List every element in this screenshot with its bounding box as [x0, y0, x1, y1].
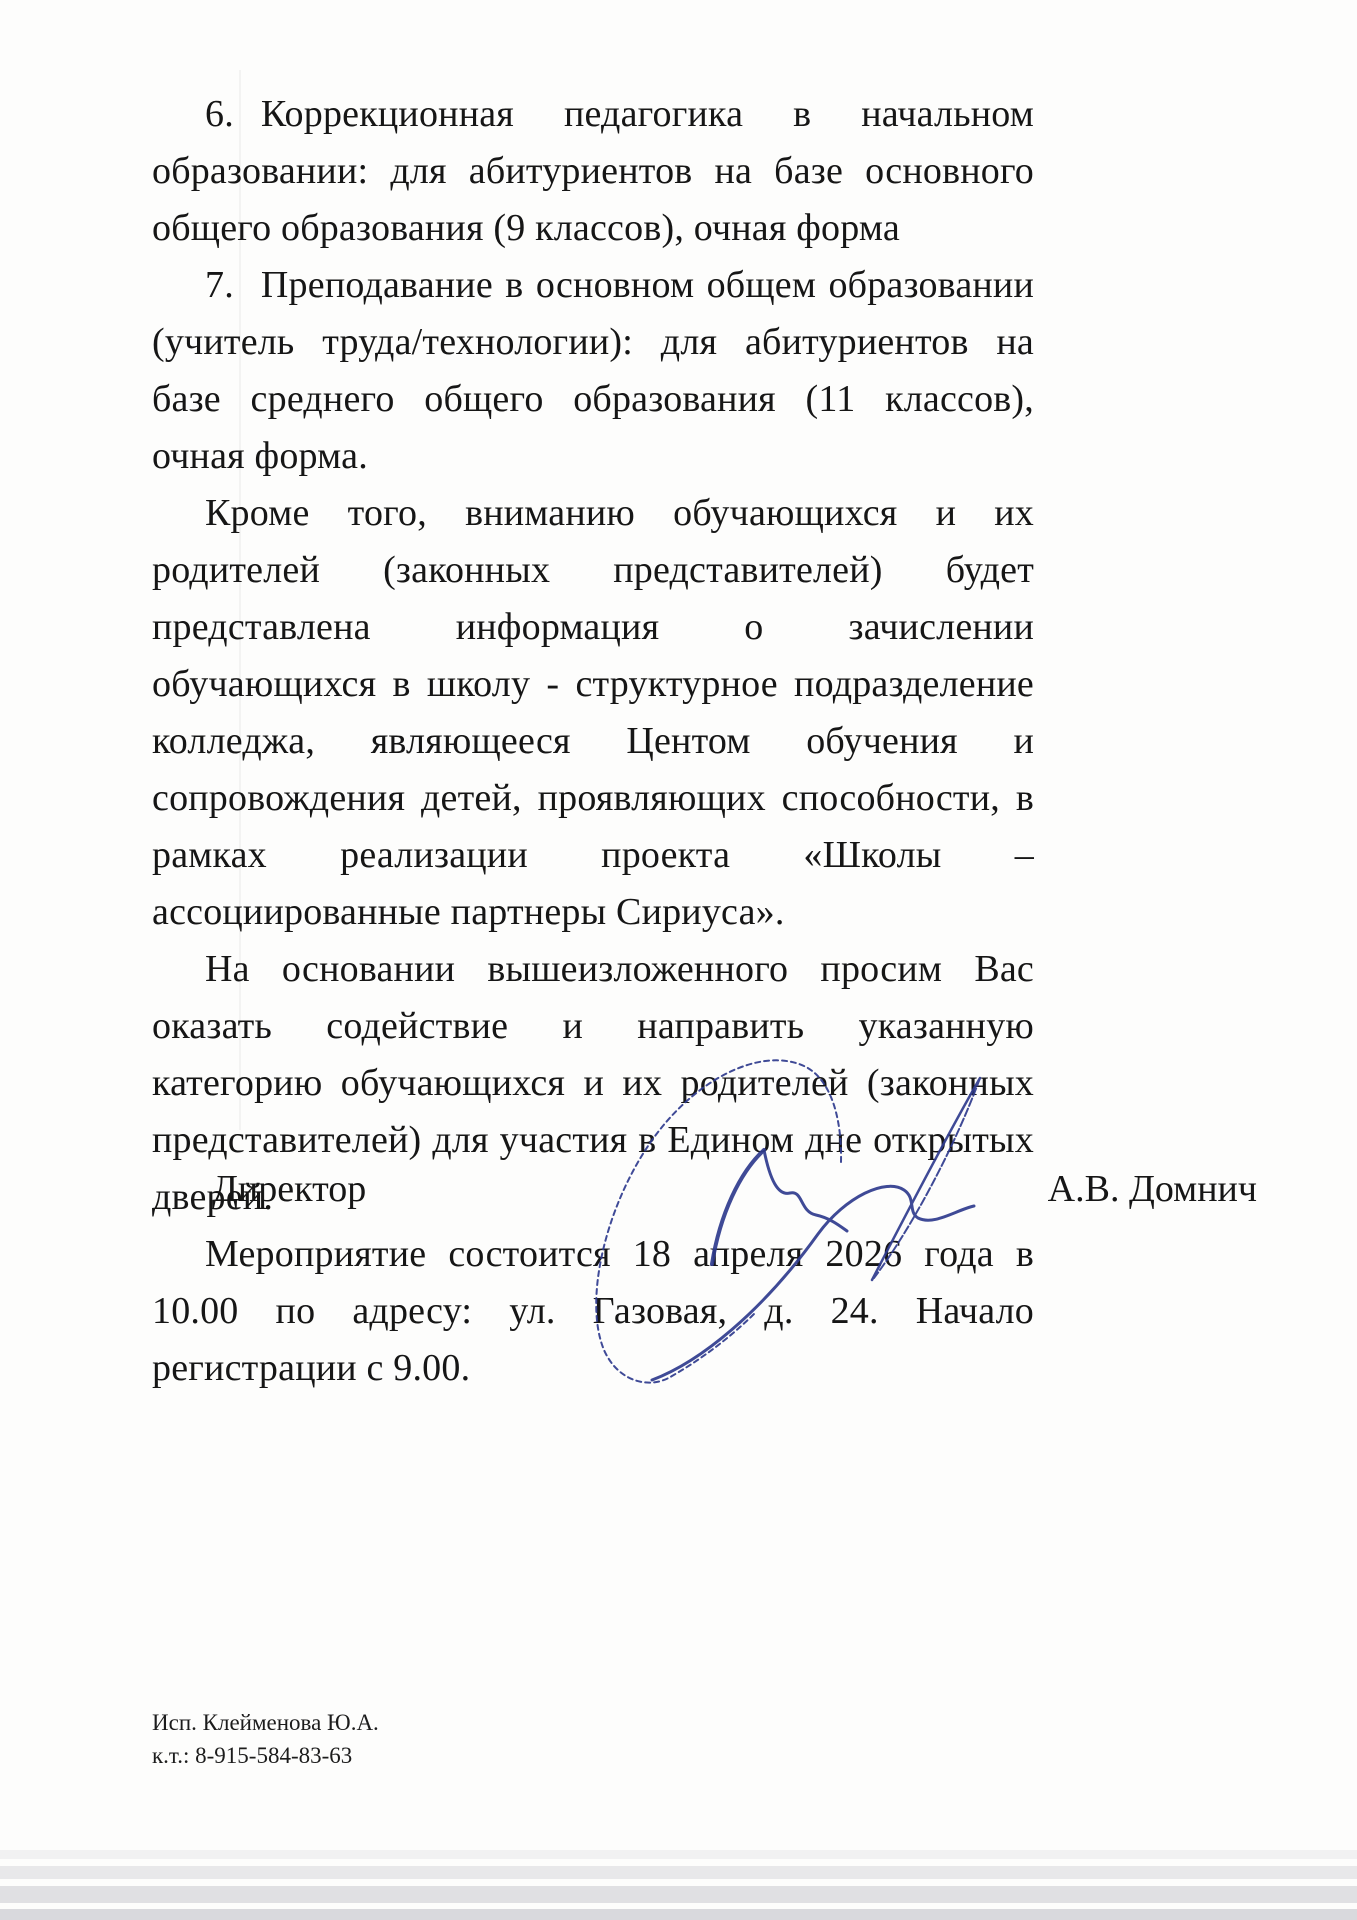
list-item-6: 6.Коррекционная педагогика в начальном о…	[152, 86, 1034, 257]
scanned-letter-page: 6.Коррекционная педагогика в начальном о…	[0, 0, 1357, 1920]
executor-name: Исп. Клейменова Ю.А.	[152, 1706, 379, 1739]
scan-artifact-stripe	[0, 1866, 1357, 1879]
scan-artifact-stripe	[0, 1886, 1357, 1903]
scan-artifact-stripe	[0, 1850, 1357, 1859]
list-number: 7.	[205, 264, 234, 306]
executor-footer: Исп. Клейменова Ю.А. к.т.: 8-915-584-83-…	[152, 1706, 379, 1772]
position-label: Директор	[212, 1166, 366, 1212]
signature-block: Директор А.В. Домнич	[152, 1166, 1257, 1212]
list-item-text: Преподавание в основном общем образовани…	[152, 264, 1034, 477]
scan-artifact-stripe	[0, 1909, 1357, 1920]
signer-name: А.В. Домнич	[1048, 1166, 1257, 1212]
paragraph-event-details: Мероприятие состоится 18 апреля 2026 год…	[152, 1226, 1034, 1397]
paragraph-additional-info: Кроме того, вниманию обучающихся и их ро…	[152, 485, 1034, 941]
list-item-text: Коррекционная педагогика в начальном обр…	[152, 93, 1034, 249]
list-number: 6.	[205, 93, 234, 135]
executor-phone: к.т.: 8-915-584-83-63	[152, 1739, 379, 1772]
list-item-7: 7.Преподавание в основном общем образова…	[152, 257, 1034, 485]
